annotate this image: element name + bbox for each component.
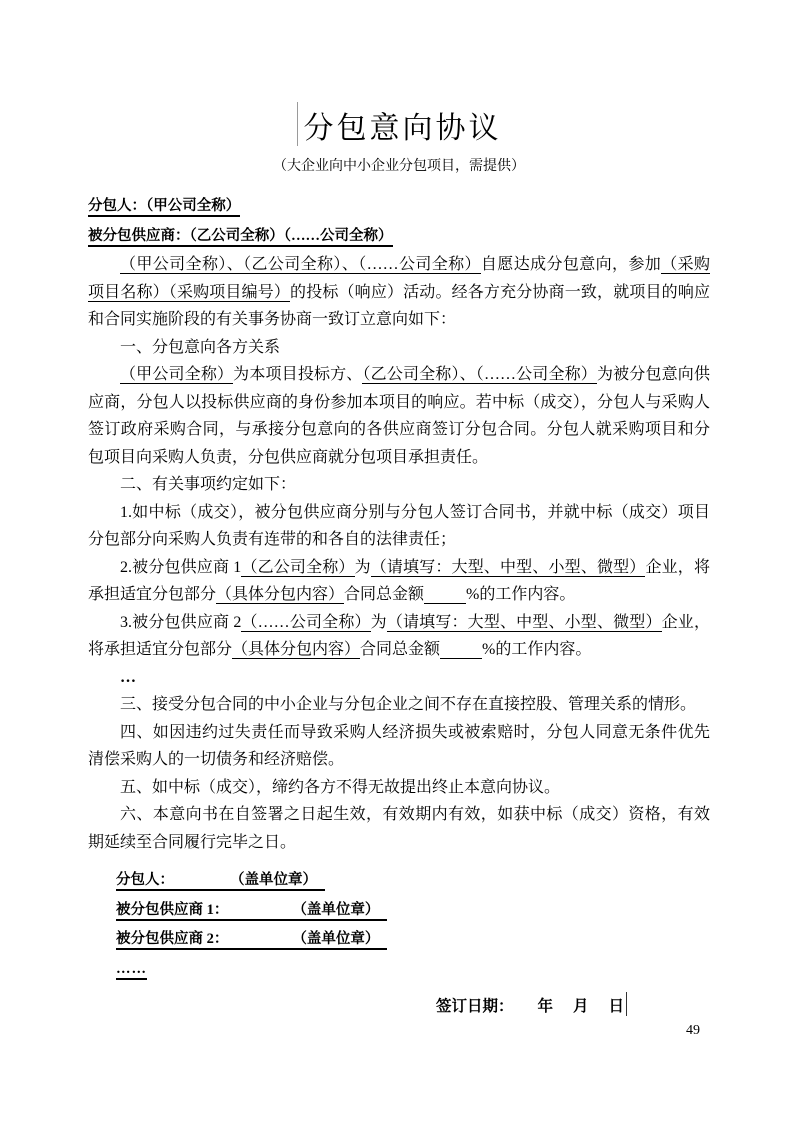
section1-paragraph: （甲公司全称）为本项目投标方、（乙公司全称）、（……公司全称）为被分包意向供应商… — [88, 361, 710, 471]
section5-paragraph: 五、如中标（成交），缔约各方不得无故提出终止本意向协议。 — [88, 774, 710, 802]
party-line-suppliers: 被分包供应商：（乙公司全称）（……公司全称） — [88, 221, 710, 251]
signature-line-more: …… — [116, 955, 710, 985]
item3-text-1: 3.被分包供应商 2 — [120, 614, 241, 631]
document-subtitle: （大企业向中小企业分包项目，需提供） — [88, 157, 710, 177]
parties-block: 分包人：（甲公司全称） 被分包供应商：（乙公司全称）（……公司全称） — [88, 191, 710, 251]
item3-company-placeholder[interactable]: （……公司全称） — [241, 614, 370, 632]
document-title: 分包意向协议 — [88, 102, 710, 152]
party-subcontractor-text[interactable]: 分包人：（甲公司全称） — [88, 198, 240, 217]
item2-content-placeholder[interactable]: （具体分包内容） — [216, 586, 344, 604]
item3-content-placeholder[interactable]: （具体分包内容） — [232, 641, 360, 659]
section2-heading: 二、有关事项约定如下： — [88, 471, 710, 499]
signature-label: 被分包供应商 2： — [116, 931, 228, 947]
signing-date-label: 签订日期： — [436, 998, 514, 1015]
signature-label: 被分包供应商 1： — [116, 902, 228, 918]
item2-text-2: 为 — [355, 559, 371, 576]
section2-item2: 2.被分包供应商 1（乙公司全称）为（请填写：大型、中型、小型、微型）企业，将承… — [88, 554, 710, 609]
month-label: 月 — [573, 998, 589, 1015]
signature-field-subcontractor[interactable]: 分包人：（盖单位章） — [116, 872, 325, 891]
continuation-ellipsis: … — [88, 664, 710, 692]
item2-percentage-fill-blank[interactable] — [424, 586, 466, 604]
signature-more-ellipsis[interactable]: …… — [116, 961, 147, 980]
company-a-placeholder[interactable]: （甲公司全称） — [120, 366, 233, 384]
section2-item3: 3.被分包供应商 2（……公司全称）为（请填写：大型、中型、小型、微型）企业，将… — [88, 609, 710, 664]
item2-text-4: 合同总金额 — [344, 586, 424, 603]
document-title-text: 分包意向协议 — [304, 112, 502, 145]
signature-label: 分包人： — [116, 872, 174, 888]
signature-block: 分包人：（盖单位章） 被分包供应商 1：（盖单位章） 被分包供应商 2：（盖单位… — [116, 866, 710, 984]
item2-text-1: 2.被分包供应商 1 — [120, 559, 241, 576]
signature-line-supplier-2: 被分包供应商 2：（盖单位章） — [116, 925, 710, 955]
section1-heading: 一、分包意向各方关系 — [88, 334, 710, 362]
intro-text-1: 自愿达成分包意向，参加 — [481, 256, 661, 273]
text-cursor — [626, 992, 627, 1016]
section3-paragraph: 三、接受分包合同的中小企业与分包企业之间不存在直接控股、管理关系的情形。 — [88, 691, 710, 719]
seal-note: （盖单位章） — [292, 931, 379, 947]
section6-paragraph: 六、本意向书在自签署之日起生效，有效期内有效，如获中标（成交）资格，有效期延续至… — [88, 801, 710, 856]
day-label: 日 — [609, 998, 625, 1015]
signature-line-supplier-1: 被分包供应商 1：（盖单位章） — [116, 896, 710, 926]
item2-enterprise-size-placeholder[interactable]: （请填写：大型、中型、小型、微型） — [371, 559, 646, 577]
signing-date-line: 签订日期：年月日 — [436, 992, 710, 1021]
item2-company-placeholder[interactable]: （乙公司全称） — [241, 559, 354, 577]
item3-text-4: 合同总金额 — [360, 641, 440, 658]
page-number: 49 — [686, 1022, 700, 1040]
company-b-etc-placeholder[interactable]: （乙公司全称）、（……公司全称） — [362, 366, 596, 384]
section1-text-1: 为本项目投标方、 — [233, 366, 362, 383]
signature-line-subcontractor: 分包人：（盖单位章） — [116, 866, 710, 896]
section4-paragraph: 四、如因违约过失责任而导致采购人经济损失或被索赔时，分包人同意无条件优先清偿采购… — [88, 719, 710, 774]
signature-field-supplier-1[interactable]: 被分包供应商 1：（盖单位章） — [116, 902, 387, 921]
item3-percentage-fill-blank[interactable] — [440, 641, 482, 659]
document-page: 分包意向协议 （大企业向中小企业分包项目，需提供） 分包人：（甲公司全称） 被分… — [0, 0, 794, 1122]
item3-enterprise-size-placeholder[interactable]: （请填写：大型、中型、小型、微型） — [387, 614, 662, 632]
company-names-placeholder[interactable]: （甲公司全称）、（乙公司全称）、（……公司全称） — [120, 256, 481, 274]
section2-item1: 1.如中标（成交），被分包供应商分别与分包人签订合同书，并就中标（成交）项目分包… — [88, 499, 710, 554]
item2-text-5: %的工作内容。 — [466, 586, 575, 603]
signature-field-supplier-2[interactable]: 被分包供应商 2：（盖单位章） — [116, 931, 387, 950]
item3-text-2: 为 — [371, 614, 387, 631]
seal-note: （盖单位章） — [292, 902, 379, 918]
text-cursor — [297, 102, 298, 146]
party-line-subcontractor: 分包人：（甲公司全称） — [88, 191, 710, 221]
intro-paragraph: （甲公司全称）、（乙公司全称）、（……公司全称）自愿达成分包意向，参加（采购项目… — [88, 251, 710, 334]
year-label: 年 — [538, 998, 554, 1015]
seal-note: （盖单位章） — [230, 872, 317, 888]
party-suppliers-text[interactable]: 被分包供应商：（乙公司全称）（……公司全称） — [88, 228, 393, 247]
item3-text-5: %的工作内容。 — [482, 641, 591, 658]
